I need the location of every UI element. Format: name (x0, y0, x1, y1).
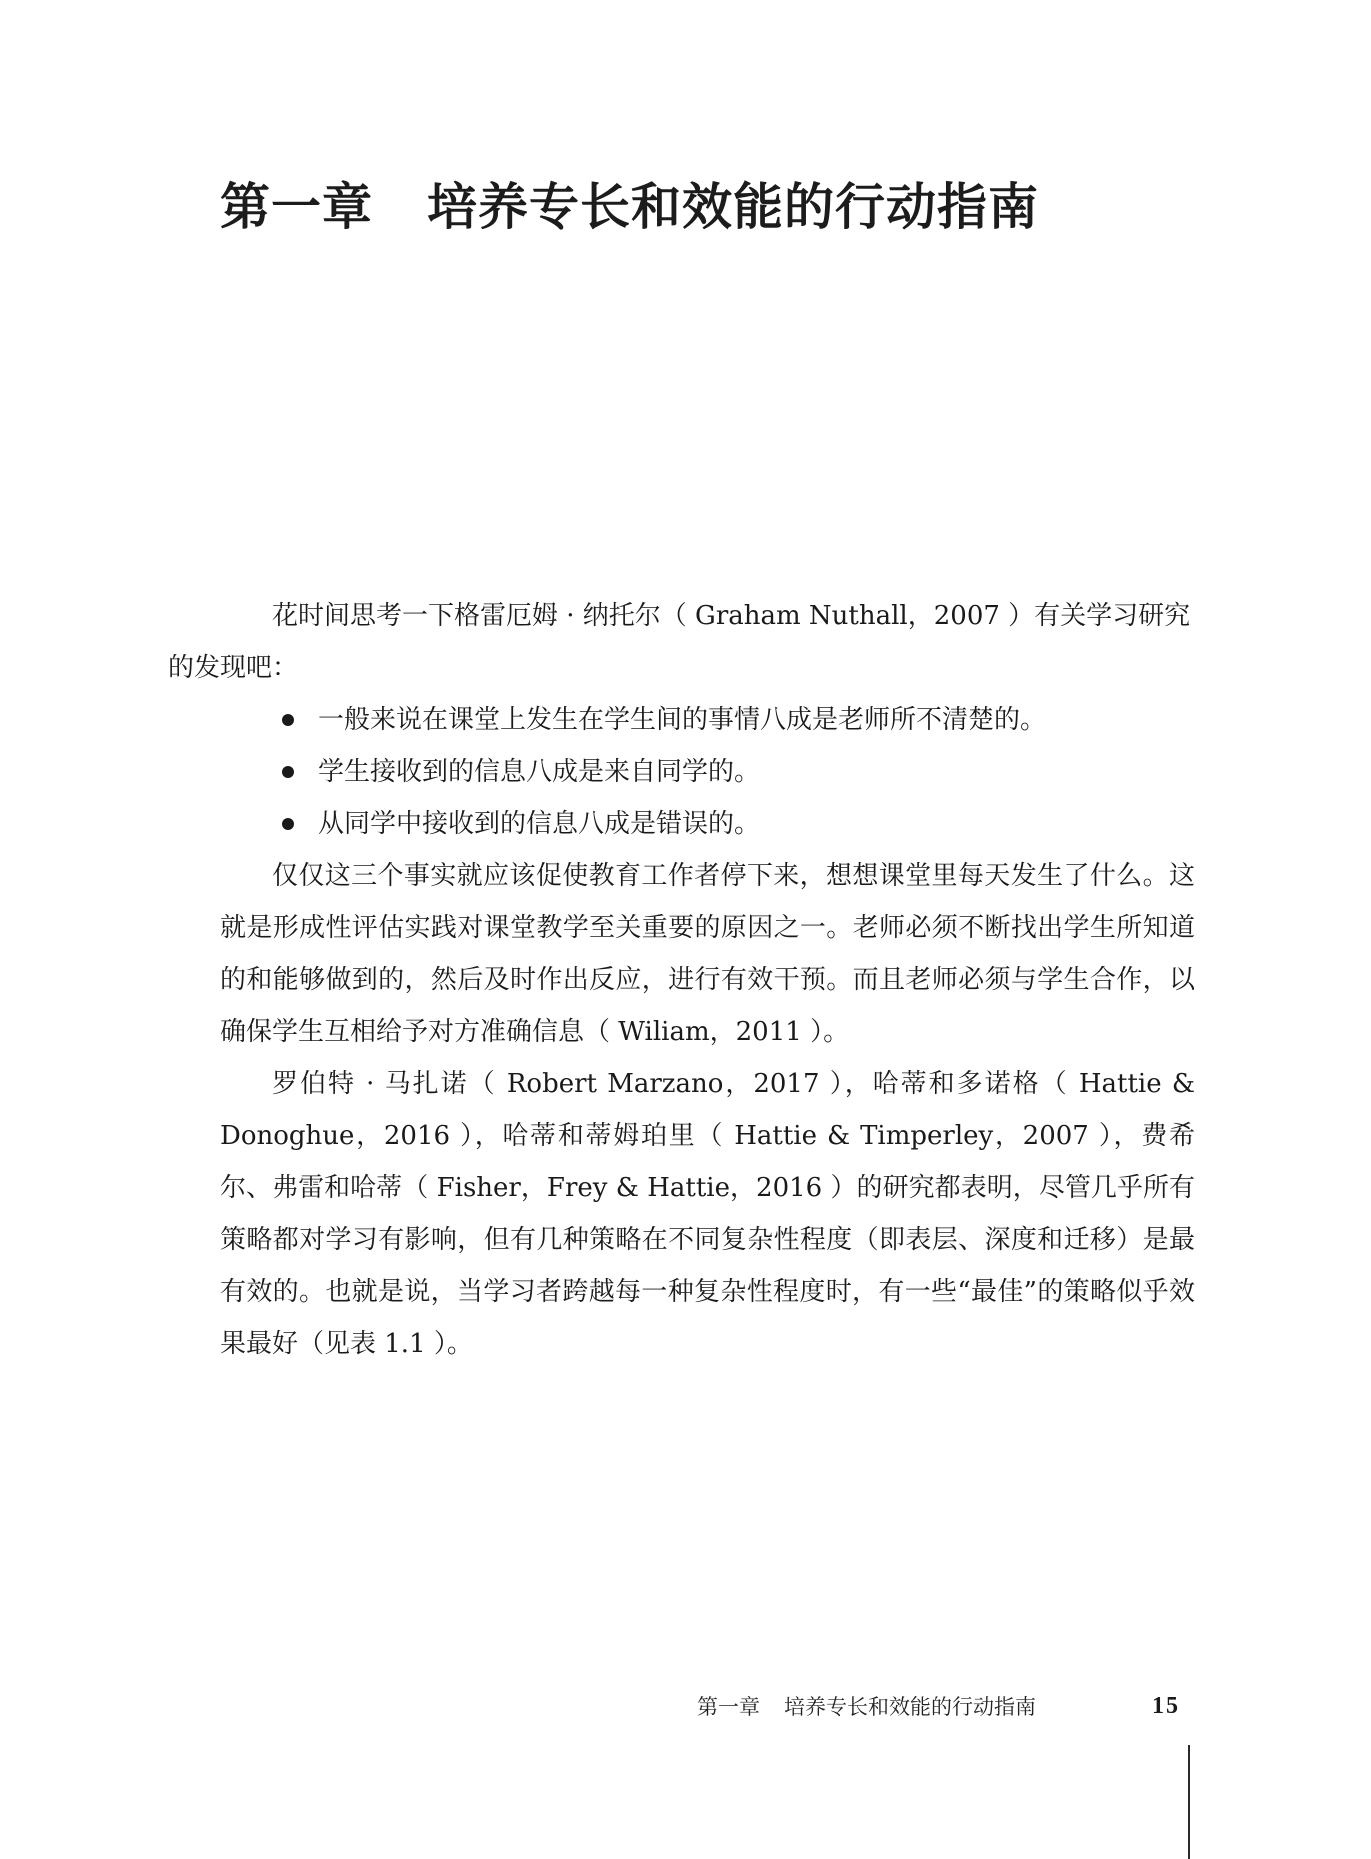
intro-paragraph: 花时间思考一下格雷厄姆 · 纳托尔（ Graham Nuthall，2007 ）… (220, 590, 1195, 694)
body-text: 花时间思考一下格雷厄姆 · 纳托尔（ Graham Nuthall，2007 ）… (220, 590, 1195, 1370)
chapter-title: 第一章培养专长和效能的行动指南 (220, 172, 1039, 242)
bullet-icon (282, 818, 294, 830)
list-item-text: 一般来说在课堂上发生在学生间的事情八成是老师所不清楚的。 (318, 705, 1046, 735)
running-footer-title: 培养专长和效能的行动指南 (784, 1695, 1036, 1719)
paragraph-formative-assessment: 仅仅这三个事实就应该促使教育工作者停下来，想想课堂里每天发生了什么。这就是形成性… (220, 850, 1195, 1058)
intro-paragraph-line2: 的发现吧： (168, 653, 298, 683)
bullet-icon (282, 714, 294, 726)
intro-paragraph-line1: 花时间思考一下格雷厄姆 · 纳托尔（ Graham Nuthall，2007 ）… (272, 601, 1190, 631)
paragraph-research-strategies: 罗伯特 · 马扎诺（ Robert Marzano，2017 ），哈蒂和多诺格（… (220, 1058, 1195, 1370)
running-footer: 第一章培养专长和效能的行动指南 (697, 1690, 1036, 1724)
findings-list: 一般来说在课堂上发生在学生间的事情八成是老师所不清楚的。 学生接收到的信息八成是… (220, 694, 1195, 850)
list-item: 一般来说在课堂上发生在学生间的事情八成是老师所不清楚的。 (282, 694, 1195, 746)
page-number: 15 (1152, 1689, 1180, 1723)
list-item: 学生接收到的信息八成是来自同学的。 (282, 746, 1195, 798)
list-item: 从同学中接收到的信息八成是错误的。 (282, 798, 1195, 850)
list-item-text: 学生接收到的信息八成是来自同学的。 (318, 757, 760, 787)
bullet-icon (282, 766, 294, 778)
page-edge-rule (1188, 1745, 1190, 1859)
running-footer-chapter: 第一章 (697, 1695, 760, 1719)
chapter-number-label: 第一章 (220, 178, 373, 236)
list-item-text: 从同学中接收到的信息八成是错误的。 (318, 809, 760, 839)
chapter-title-text: 培养专长和效能的行动指南 (427, 178, 1039, 236)
